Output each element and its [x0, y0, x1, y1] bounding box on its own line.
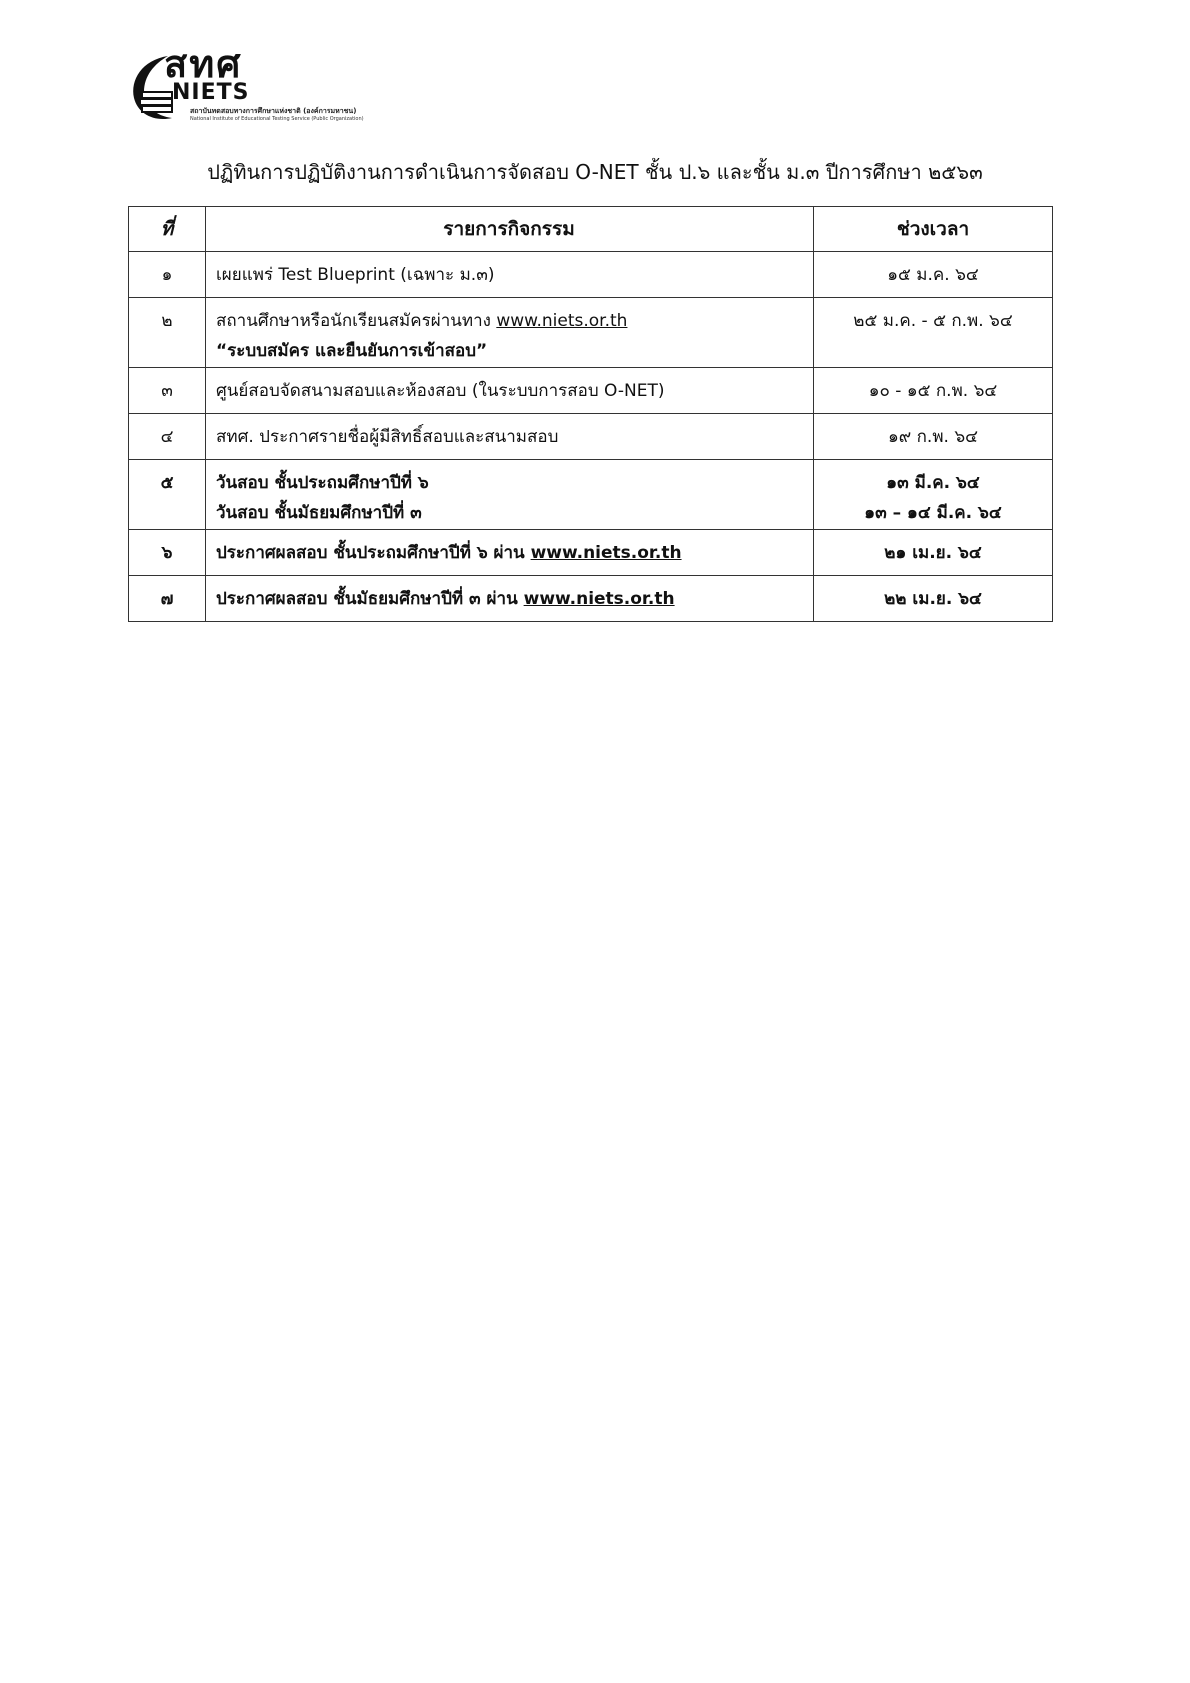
row-activity: ประกาศผลสอบ ชั้นมัธยมศึกษาปีที่ ๓ ผ่าน w…: [206, 576, 814, 622]
period-line-1: ๑๓ มี.ค. ๖๔: [815, 468, 1051, 498]
activity-system-name: “ระบบสมัคร และยืนยันการเข้าสอบ”: [216, 336, 812, 366]
table-header-row: ที่ รายการกิจกรรม ช่วงเวลา: [129, 207, 1053, 252]
activity-text: สถานศึกษาหรือนักเรียนสมัครผ่านทาง: [216, 311, 496, 331]
row-no: ๑: [129, 252, 206, 298]
row-no: ๔: [129, 414, 206, 460]
niets-website-link[interactable]: www.niets.or.th: [496, 311, 627, 331]
row-period: ๒๕ ม.ค. - ๕ ก.พ. ๖๔: [814, 298, 1053, 368]
table-row: ๕ วันสอบ ชั้นประถมศึกษาปีที่ ๖ วันสอบ ชั…: [129, 460, 1053, 530]
table-row: ๓ ศูนย์สอบจัดสนามสอบและห้องสอบ (ในระบบกา…: [129, 368, 1053, 414]
row-no: ๓: [129, 368, 206, 414]
header-period: ช่วงเวลา: [814, 207, 1053, 252]
row-activity: ประกาศผลสอบ ชั้นประถมศึกษาปีที่ ๖ ผ่าน w…: [206, 530, 814, 576]
row-activity: ศูนย์สอบจัดสนามสอบและห้องสอบ (ในระบบการส…: [206, 368, 814, 414]
logo-english-name: National Institute of Educational Testin…: [190, 116, 364, 122]
row-period: ๑๙ ก.พ. ๖๔: [814, 414, 1053, 460]
table-row: ๔ สทศ. ประกาศรายชื่อผู้มีสิทธิ์สอบและสนา…: [129, 414, 1053, 460]
logo-english-abbr: NIETS: [172, 80, 249, 106]
row-period: ๒๒ เม.ย. ๖๔: [814, 576, 1053, 622]
row-period: ๑๓ มี.ค. ๖๔ ๑๓ – ๑๔ มี.ค. ๖๔: [814, 460, 1053, 530]
table-row: ๑ เผยแพร่ Test Blueprint (เฉพาะ ม.๓) ๑๕ …: [129, 252, 1053, 298]
row-no: ๕: [129, 460, 206, 530]
table-row: ๗ ประกาศผลสอบ ชั้นมัธยมศึกษาปีที่ ๓ ผ่าน…: [129, 576, 1053, 622]
row-period: ๑๕ ม.ค. ๖๔: [814, 252, 1053, 298]
activity-text: ประกาศผลสอบ ชั้นประถมศึกษาปีที่ ๖ ผ่าน: [216, 543, 531, 563]
table-row: ๒ สถานศึกษาหรือนักเรียนสมัครผ่านทาง www.…: [129, 298, 1053, 368]
row-activity: วันสอบ ชั้นประถมศึกษาปีที่ ๖ วันสอบ ชั้น…: [206, 460, 814, 530]
table-row: ๖ ประกาศผลสอบ ชั้นประถมศึกษาปีที่ ๖ ผ่าน…: [129, 530, 1053, 576]
row-no: ๖: [129, 530, 206, 576]
row-period: ๒๑ เม.ย. ๖๔: [814, 530, 1053, 576]
niets-website-link[interactable]: www.niets.or.th: [524, 589, 675, 609]
header-activity: รายการกิจกรรม: [206, 207, 814, 252]
row-no: ๗: [129, 576, 206, 622]
schedule-table: ที่ รายการกิจกรรม ช่วงเวลา ๑ เผยแพร่ Tes…: [128, 206, 1053, 622]
row-period: ๑๐ - ๑๕ ก.พ. ๖๔: [814, 368, 1053, 414]
row-no: ๒: [129, 298, 206, 368]
niets-website-link[interactable]: www.niets.or.th: [531, 543, 682, 563]
niets-logo: สทศ NIETS สถาบันทดสอบทางการศึกษาแห่งชาติ…: [128, 48, 408, 138]
period-line-2: ๑๓ – ๑๔ มี.ค. ๖๔: [815, 498, 1051, 528]
row-activity: สทศ. ประกาศรายชื่อผู้มีสิทธิ์สอบและสนามส…: [206, 414, 814, 460]
activity-text: ประกาศผลสอบ ชั้นมัธยมศึกษาปีที่ ๓ ผ่าน: [216, 589, 524, 609]
activity-line-1: วันสอบ ชั้นประถมศึกษาปีที่ ๖: [216, 468, 812, 498]
activity-line-2: วันสอบ ชั้นมัธยมศึกษาปีที่ ๓: [216, 498, 812, 528]
header-no: ที่: [129, 207, 206, 252]
row-activity: สถานศึกษาหรือนักเรียนสมัครผ่านทาง www.ni…: [206, 298, 814, 368]
document-title: ปฏิทินการปฏิบัติงานการดำเนินการจัดสอบ O-…: [0, 156, 1190, 188]
row-activity: เผยแพร่ Test Blueprint (เฉพาะ ม.๓): [206, 252, 814, 298]
